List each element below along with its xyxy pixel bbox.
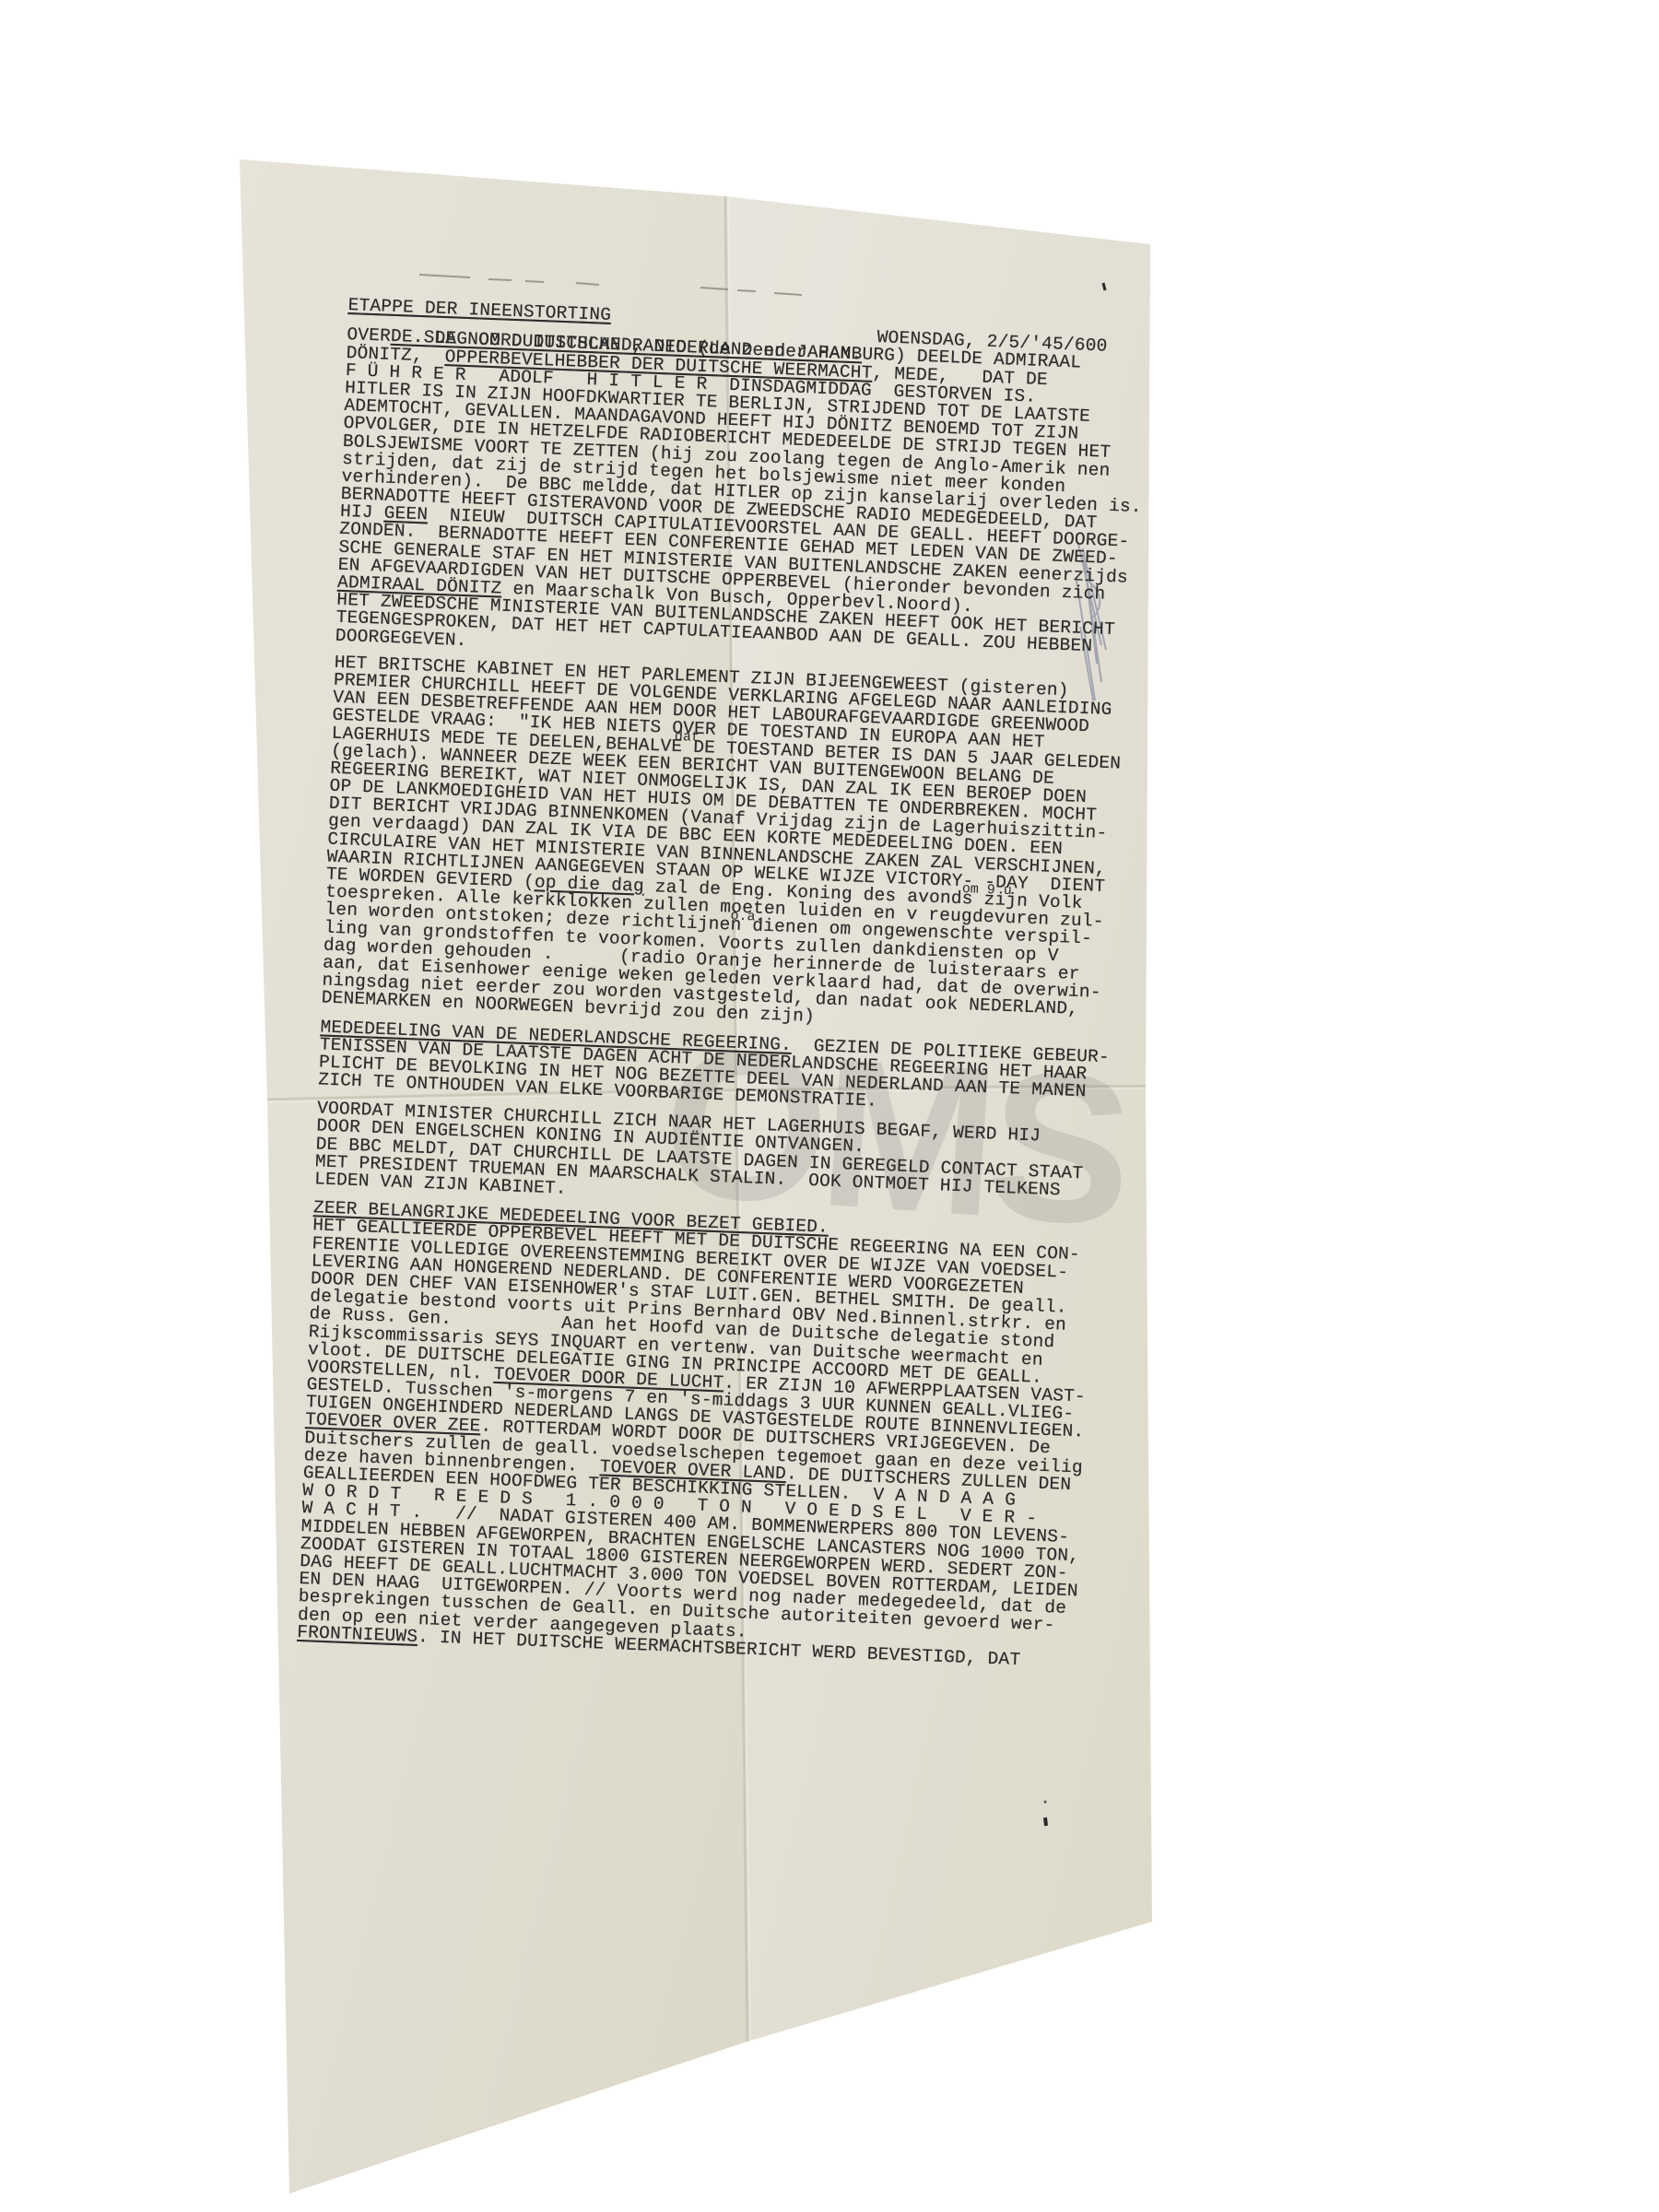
paragraph-hitler-death: OVER . DE NOORD DUITSCHE RADIO (de zende…: [335, 326, 1158, 676]
interlinear-dat: dat: [675, 728, 700, 745]
paragraph-food-supply: ZEER BELANGRIJKE MEDEDEELING VOOR BEZET …: [297, 1199, 1124, 1672]
ink-mark: [1103, 283, 1105, 290]
interlinear-o-a: o.a.: [730, 908, 764, 924]
interlinear-om-9-u: om 9 u: [961, 881, 1012, 899]
typed-document: ETAPPE DER INEENSTORTING DE SLAG OM DUIT…: [297, 297, 1159, 1673]
paragraph-churchill-statement: HET BRITSCHE KABINET EN HET PARLEMENT ZI…: [321, 653, 1145, 1038]
